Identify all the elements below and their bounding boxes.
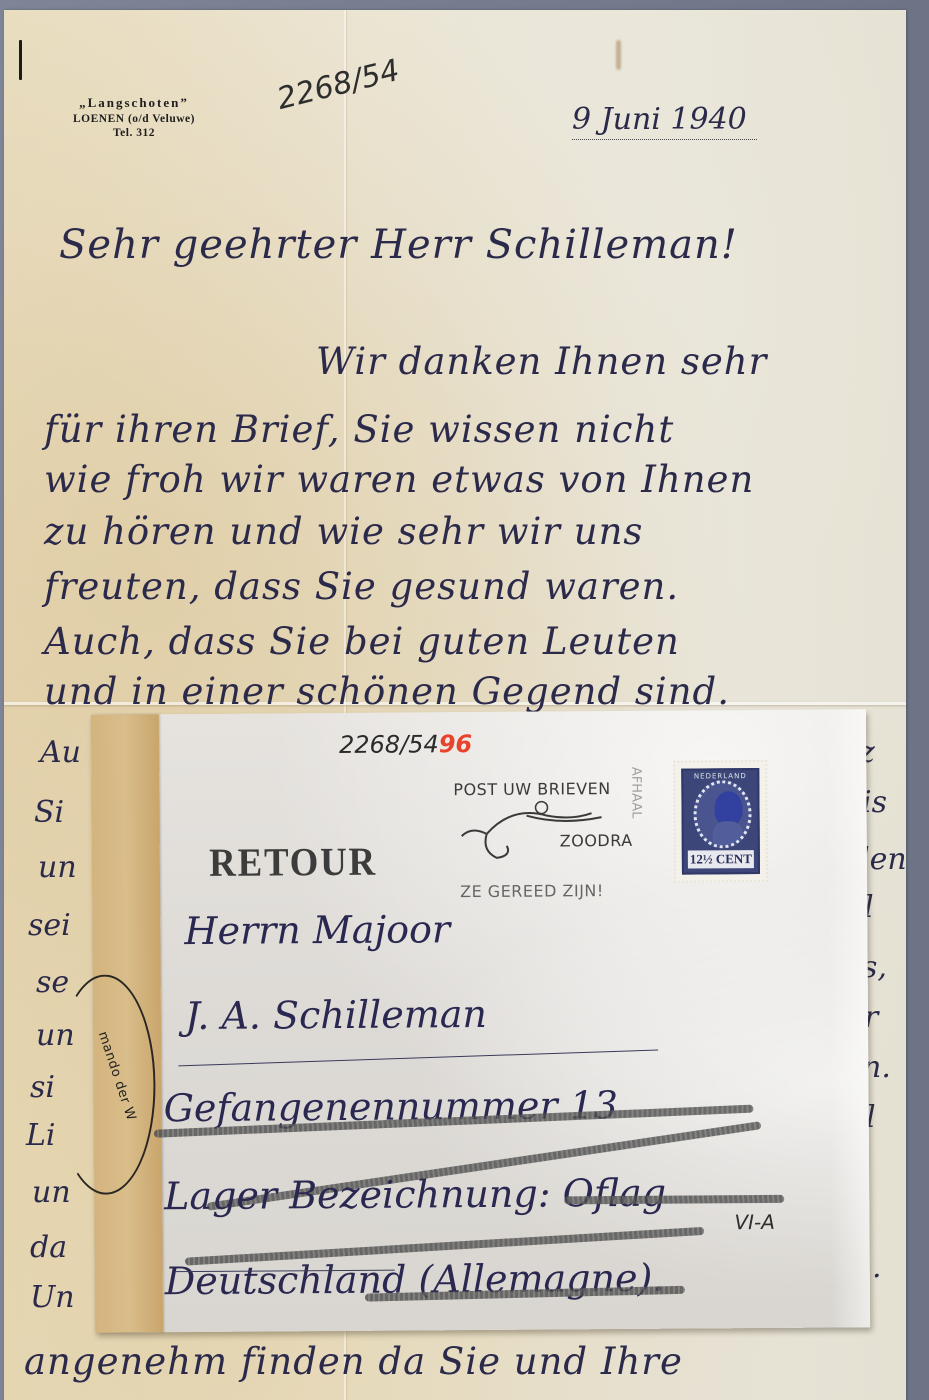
letterhead: „Langschoten” LOENEN (o/d Veluwe) Tel. 3… xyxy=(64,95,204,139)
body-line: Wir danken Ihnen sehr xyxy=(316,340,767,383)
body-line: Auch, dass Sie bei guten Leuten xyxy=(44,620,680,663)
letterhead-phone: Tel. 312 xyxy=(64,127,204,139)
body-line: wie froh wir waren etwas von Ihnen xyxy=(44,458,754,501)
envelope-reference-number: 2268/54 xyxy=(339,730,439,759)
margin-fragment: un xyxy=(32,1175,71,1210)
retour-stamp: RETOUR xyxy=(209,838,377,886)
body-line: zu hören und wie sehr wir uns xyxy=(44,510,643,553)
pencil-strikethrough xyxy=(564,1195,784,1205)
envelope-reference-red-suffix: 96 xyxy=(439,730,473,758)
postmark-side-text: AFHAAL xyxy=(628,767,643,819)
address-line-2: J. A. Schilleman xyxy=(185,992,487,1038)
address-line-4-sub: VI-A xyxy=(734,1210,775,1234)
address-underline xyxy=(178,1049,658,1066)
margin-fragment: len xyxy=(860,842,907,877)
queen-portrait-icon xyxy=(693,780,751,848)
body-line: und in einer schönen Gegend sind. xyxy=(44,670,730,713)
letterhead-name: „Langschoten” xyxy=(64,95,204,111)
censor-tape: mando der W xyxy=(91,714,163,1332)
postage-stamp: NEDERLAND 12½ CENT xyxy=(673,760,768,883)
stain-mark xyxy=(616,40,621,70)
archive-reference-number: 2268/54 xyxy=(274,53,403,117)
postmark-line-2: ZOODRA xyxy=(560,831,633,851)
closing-line: angenehm finden da Sie und Ihre xyxy=(24,1340,683,1383)
margin-fragment: si xyxy=(30,1070,55,1105)
letterhead-place: LOENEN (o/d Veluwe) xyxy=(64,113,204,125)
envelope: mando der W 2268/5496 RETOUR POST UW BRI… xyxy=(91,709,870,1332)
margin-fragment: . xyxy=(872,1250,882,1285)
margin-fragment: Un xyxy=(30,1280,75,1315)
binder-mark xyxy=(19,40,22,80)
margin-fragment: Au xyxy=(40,735,81,770)
margin-fragment: sei xyxy=(28,908,71,943)
address-line-1: Herrn Majoor xyxy=(184,907,450,953)
margin-fragment: Si xyxy=(34,795,64,830)
margin-fragment: se xyxy=(36,965,69,1000)
body-line: freuten, dass Sie gesund waren. xyxy=(44,565,679,608)
stamp-value: 12½ CENT xyxy=(688,850,754,868)
address-line-4: Lager Bezeichnung: Oflag xyxy=(164,1171,666,1219)
margin-fragment: Li xyxy=(26,1118,56,1153)
margin-fragment: da xyxy=(30,1230,67,1265)
body-line: für ihren Brief, Sie wissen nicht xyxy=(44,408,674,451)
postmark-line-3: ZE GEREED ZIJN! xyxy=(460,881,604,901)
salutation: Sehr geehrter Herr Schilleman! xyxy=(59,222,738,268)
envelope-reference: 2268/5496 xyxy=(339,730,472,759)
stamp-country: NEDERLAND xyxy=(683,772,757,781)
censor-stamp-ring xyxy=(55,974,157,1195)
margin-fragment: un xyxy=(38,850,77,885)
envelope-edge xyxy=(826,709,870,1327)
letter-date: 9 Juni 1940 xyxy=(572,102,757,140)
stamp-face: NEDERLAND 12½ CENT xyxy=(681,768,760,875)
